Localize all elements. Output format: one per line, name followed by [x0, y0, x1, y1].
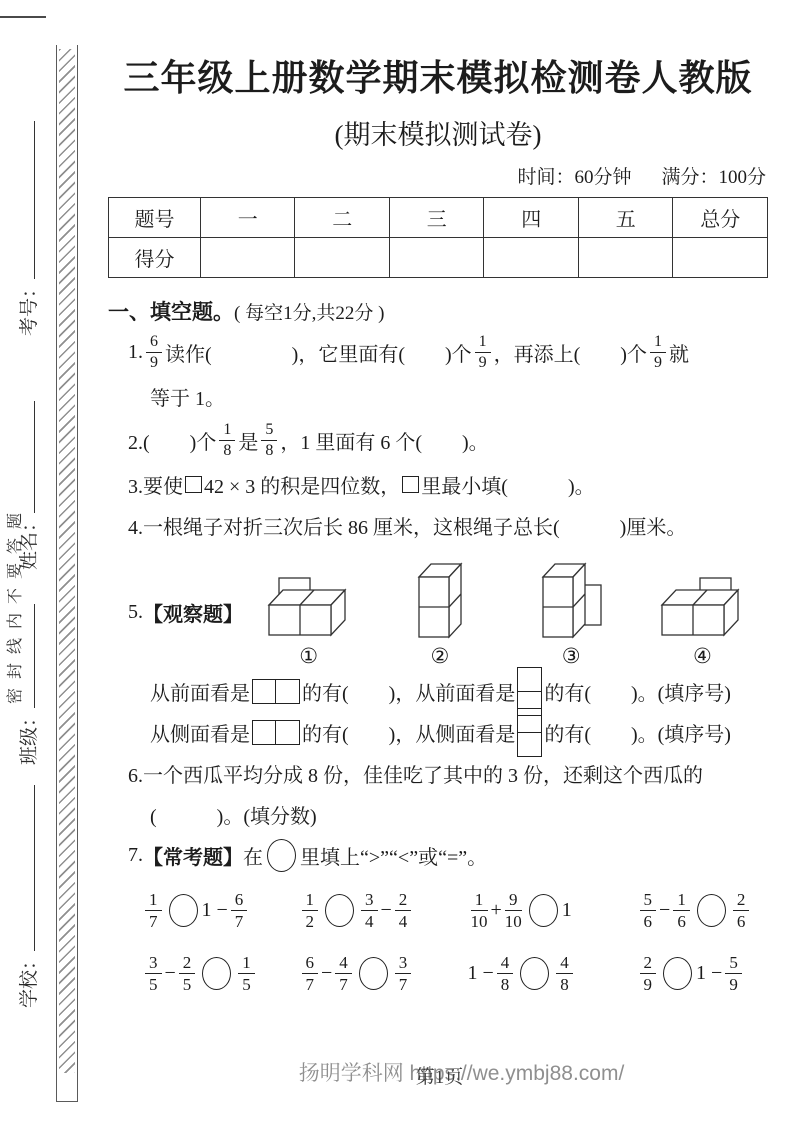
fraction: 56	[640, 891, 657, 930]
score-cell-empty	[389, 238, 484, 278]
question-6-line-2: ( )。(填分数)	[108, 797, 768, 832]
field-label: 考号：	[19, 279, 40, 336]
header-cell-3: 三	[389, 198, 484, 238]
header-cell-total: 总分	[673, 198, 768, 238]
text: 1 −	[202, 899, 228, 922]
fraction: 110	[471, 891, 488, 930]
comparison-cell: 56−1626	[637, 889, 768, 932]
score-label-cell: 得分	[109, 238, 201, 278]
header-cell-4: 四	[484, 198, 579, 238]
fraction: 19	[650, 334, 666, 371]
text: 里填上“>”“<”或“=”。	[300, 841, 487, 870]
header-cell-timu: 题号	[109, 198, 201, 238]
text: 在	[243, 841, 263, 870]
corner-tick	[0, 16, 46, 18]
fraction: 29	[640, 954, 657, 993]
text: 3.要使	[128, 470, 183, 499]
view-shape-icon	[252, 720, 300, 745]
score-table-header-row: 题号 一 二 三 四 五 总分	[109, 198, 768, 238]
text: 从侧面看是	[150, 718, 250, 747]
header-cell-2: 二	[295, 198, 390, 238]
comparison-circle-icon	[529, 894, 558, 927]
field-label: 班级：	[19, 708, 40, 765]
fraction: 69	[146, 334, 162, 371]
header-cell-1: 一	[200, 198, 295, 238]
text: 的有( )，从侧面看是	[302, 718, 515, 747]
score-cell-empty	[295, 238, 390, 278]
text: 就	[669, 338, 689, 367]
score-cell-empty	[484, 238, 579, 278]
fraction: 17	[145, 891, 162, 930]
fraction: 910	[505, 891, 522, 930]
seal-band	[56, 45, 78, 1102]
fraction: 34	[361, 891, 378, 930]
blank-line	[19, 121, 35, 279]
text: −	[659, 899, 670, 922]
section-note: ( 每空1分,共22分 )	[234, 303, 384, 324]
cube-figure-4-box: ④	[637, 575, 768, 668]
question-2: 2.( )个18是58，1 里面有 6 个( )。	[108, 420, 768, 461]
view-shape-icon	[517, 708, 542, 757]
section-title: 一、填空题。	[108, 301, 234, 324]
comparison-circle-icon	[359, 957, 388, 990]
cube-figure-1-box: ①	[243, 575, 374, 668]
text: 【常考题】	[143, 841, 243, 870]
fraction: 67	[231, 891, 248, 930]
blank-square-icon	[402, 476, 419, 493]
score-cell-empty	[673, 238, 768, 278]
time-score-line: 时间：60分钟满分：100分	[108, 162, 766, 189]
cube-figure-1	[261, 575, 357, 641]
sidebar-field-name: 姓名：	[14, 401, 41, 570]
page-number: 第1页	[86, 1062, 793, 1089]
text: 是	[238, 426, 258, 455]
fraction: 16	[673, 891, 690, 930]
fraction: 58	[261, 422, 277, 459]
text: 1	[562, 899, 572, 922]
text: 的有( )。(填序号)	[544, 677, 731, 706]
exam-page: { "meta": { "title": "三年级上册数学期末模拟检测卷人教版"…	[0, 0, 793, 1122]
question-3: 3.要使42 × 3 的积是四位数，里最小填( )。	[108, 467, 768, 502]
figure-label-1: ①	[299, 644, 318, 668]
field-label: 姓名：	[19, 513, 40, 570]
sidebar-field-exam-number: 考号：	[14, 121, 41, 336]
fraction: 48	[497, 954, 514, 993]
text: 1.	[128, 341, 143, 364]
exam-body: 三年级上册数学期末模拟检测卷人教版 (期末模拟测试卷) 时间：60分钟满分：10…	[108, 38, 768, 995]
text: −	[321, 962, 332, 985]
sidebar-field-class: 班级：	[14, 604, 41, 765]
fraction: 18	[219, 422, 235, 459]
text: 里最小填( )。	[421, 470, 594, 499]
comparison-cell: 1 −4848	[468, 952, 637, 995]
fraction: 47	[335, 954, 352, 993]
text: 4.一根绳子对折三次后长 86 厘米，这根绳子总长( )厘米。	[128, 511, 686, 540]
view-shape-icon	[252, 679, 300, 704]
text: 等于 1。	[150, 382, 225, 411]
fraction: 26	[733, 891, 750, 930]
question-7: 7.【常考题】在里填上“>”“<”或“=”。	[108, 838, 768, 873]
blank-square-icon	[185, 476, 202, 493]
comparison-cell: 35−2515	[142, 952, 299, 995]
fraction: 12	[302, 891, 319, 930]
text: 读作( )，它里面有( )个	[165, 338, 472, 367]
question-4: 4.一根绳子对折三次后长 86 厘米，这根绳子总长( )厘米。	[108, 508, 768, 543]
blank-line	[19, 785, 35, 951]
text: 6.一个西瓜平均分成 8 份，佳佳吃了其中的 3 份，还剩这个西瓜的	[128, 759, 703, 788]
text: 的有( )。(填序号)	[544, 718, 731, 747]
comparison-cell: 1234−24	[299, 889, 468, 932]
header-cell-5: 五	[578, 198, 673, 238]
text: 42 × 3 的积是四位数，	[204, 470, 400, 499]
text: 1 −	[696, 962, 722, 985]
cube-figure-3-box: ③	[506, 557, 637, 668]
question-5-intro: 5.【观察题】	[128, 598, 243, 627]
comparison-cell: 171 −67	[142, 889, 299, 932]
full-score: 满分：100分	[661, 167, 766, 188]
comparison-cell: 110+9101	[468, 889, 637, 932]
fraction: 59	[725, 954, 742, 993]
section-1-heading: 一、填空题。( 每空1分,共22分 )	[108, 296, 768, 326]
fraction: 24	[395, 891, 412, 930]
text: 2.( )个	[128, 426, 216, 455]
text: +	[491, 899, 502, 922]
text: 从前面看是	[150, 677, 250, 706]
comparison-circle-icon	[520, 957, 549, 990]
text: −	[165, 962, 176, 985]
comparison-circle-icon	[663, 957, 692, 990]
figure-label-3: ③	[562, 644, 581, 668]
fraction: 48	[556, 954, 573, 993]
score-cell-empty	[200, 238, 295, 278]
score-table-score-row: 得分	[109, 238, 768, 278]
figure-label-4: ④	[693, 644, 712, 668]
fraction: 35	[145, 954, 162, 993]
blank-line	[19, 604, 35, 708]
blank-line	[19, 401, 35, 513]
text: ，再添上( )个	[494, 338, 647, 367]
comparison-circle-icon	[202, 957, 231, 990]
comparison-cell: 67−4737	[299, 952, 468, 995]
cube-figure-4	[654, 575, 750, 641]
exam-title: 三年级上册数学期末模拟检测卷人教版	[108, 50, 768, 101]
text: −	[381, 899, 392, 922]
fraction: 15	[238, 954, 255, 993]
comparison-circle-icon	[697, 894, 726, 927]
field-label: 学校：	[19, 951, 40, 1008]
question-1-line-2: 等于 1。	[108, 379, 768, 414]
text: ，1 里面有 6 个( )。	[280, 426, 488, 455]
question-6-line-1: 6.一个西瓜平均分成 8 份，佳佳吃了其中的 3 份，还剩这个西瓜的	[108, 756, 768, 791]
comparison-grid: 171 −67 1234−24 110+9101 56−1626 35−2515…	[142, 889, 768, 995]
score-table: 题号 一 二 三 四 五 总分 得分	[108, 197, 768, 278]
fraction: 37	[395, 954, 412, 993]
comparison-cell: 291 −59	[637, 952, 768, 995]
exam-subtitle: (期末模拟测试卷)	[108, 113, 768, 152]
question-5-figures: 5.【观察题】 ① ②	[108, 557, 768, 668]
score-cell-empty	[578, 238, 673, 278]
question-1-line-1: 1.69读作( )，它里面有( )个19，再添上( )个19就	[108, 332, 768, 373]
text: 7.	[128, 844, 143, 867]
comparison-circle-icon	[325, 894, 354, 927]
text: 的有( )，从前面看是	[302, 677, 515, 706]
fraction: 25	[179, 954, 196, 993]
text: 5.	[128, 601, 143, 624]
seal-hatch-pattern	[59, 49, 75, 1073]
cube-figure-2-box: ②	[374, 557, 505, 668]
text: ( )。(填分数)	[150, 800, 317, 829]
cube-figure-3	[537, 557, 605, 641]
time-limit: 时间：60分钟	[517, 167, 631, 188]
text: 1 −	[468, 962, 494, 985]
comparison-circle-icon	[169, 894, 198, 927]
text: 【观察题】	[143, 598, 243, 627]
fraction: 67	[302, 954, 319, 993]
comparison-circle-icon	[267, 839, 296, 872]
fraction: 19	[475, 334, 491, 371]
cube-figure-2	[413, 557, 467, 641]
sidebar-field-school: 学校：	[14, 785, 41, 1008]
question-5-view-front: 从前面看是的有( )，从前面看是的有( )。(填序号)	[108, 674, 768, 709]
question-5-view-side: 从侧面看是的有( )，从侧面看是的有( )。(填序号)	[108, 715, 768, 750]
figure-label-2: ②	[430, 644, 449, 668]
